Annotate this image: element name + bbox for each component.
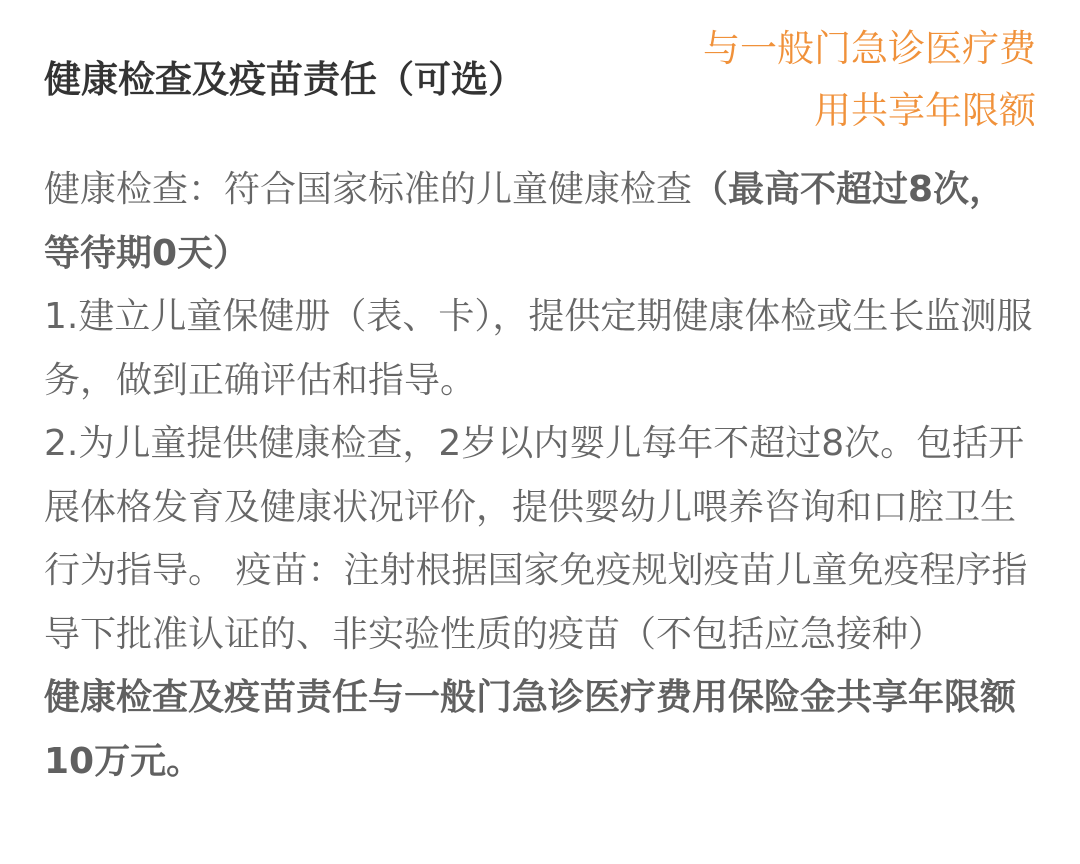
section-title: 健康检查及疫苗责任（可选） bbox=[44, 52, 525, 108]
coverage-description: 健康检查：符合国家标准的儿童健康检查（最高不超过8次，等待期0天） 1.建立儿童… bbox=[44, 158, 1039, 793]
intro-label: 健康检查：符合国家标准的儿童健康检查 bbox=[44, 169, 692, 210]
health-check-intro: 健康检查：符合国家标准的儿童健康检查（最高不超过8次，等待期0天） bbox=[44, 158, 1039, 285]
shared-limit-note: 与一般门急诊医疗费 用共享年限额 bbox=[703, 18, 1036, 142]
section-header: 健康检查及疫苗责任（可选） 与一般门急诊医疗费 用共享年限额 bbox=[0, 0, 1080, 150]
item-2: 2.为儿童提供健康检查，2岁以内婴儿每年不超过8次。包括开展体格发育及健康状况评… bbox=[44, 412, 1039, 666]
note-line-1: 与一般门急诊医疗费 bbox=[703, 18, 1036, 80]
item-1: 1.建立儿童保健册（表、卡），提供定期健康体检或生长监测服务，做到正确评估和指导… bbox=[44, 285, 1039, 412]
summary-text: 健康检查及疫苗责任与一般门急诊医疗费用保险金共享年限额10万元。 bbox=[44, 666, 1039, 793]
note-line-2: 用共享年限额 bbox=[703, 80, 1036, 142]
